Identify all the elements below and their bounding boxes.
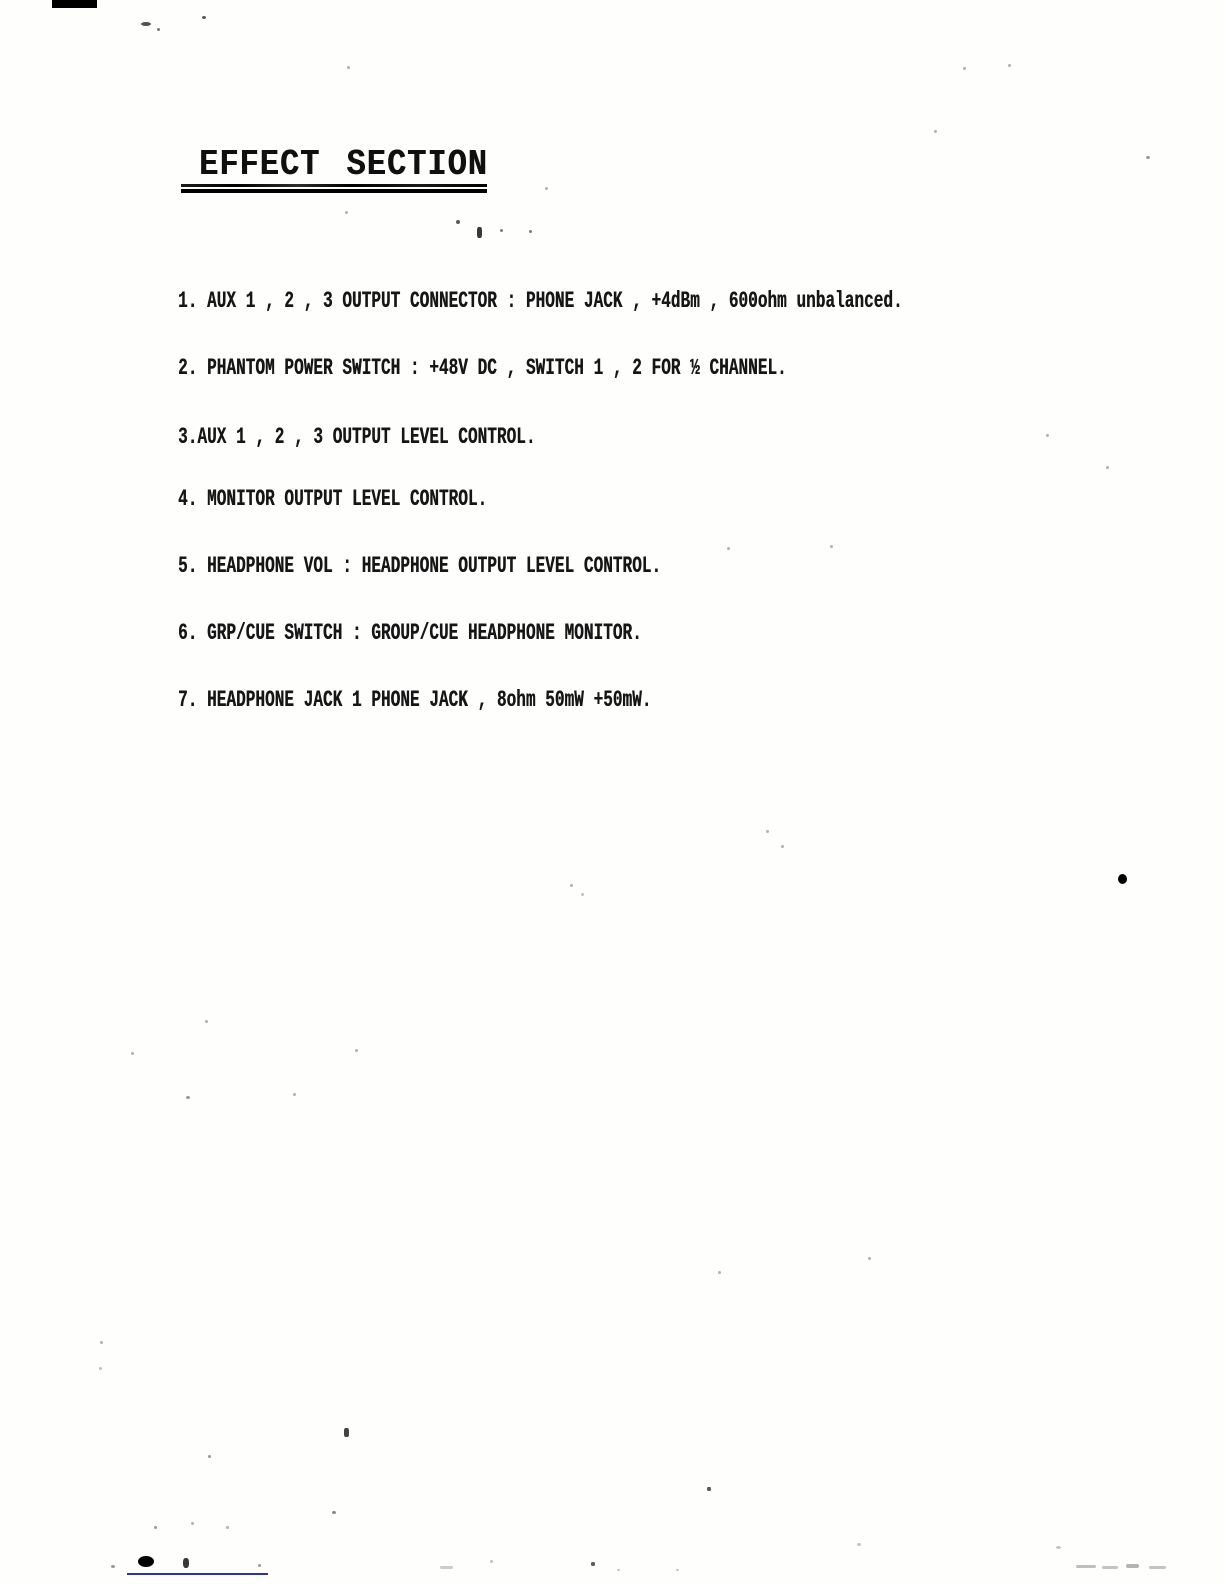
scan-speck — [1008, 64, 1011, 67]
scan-speck — [131, 1052, 134, 1055]
scan-speck — [1118, 874, 1127, 884]
scan-speck — [490, 1560, 493, 1563]
scan-speck — [191, 1522, 194, 1525]
list-item-4: 4. MONITOR OUTPUT LEVEL CONTROL. — [178, 488, 487, 511]
scan-speck — [500, 229, 503, 232]
list-item-6: 6. GRP/CUE SWITCH : GROUP/CUE HEADPHONE … — [178, 622, 642, 645]
scan-speck — [617, 1569, 620, 1571]
scan-speck — [857, 1543, 861, 1546]
scan-speck — [344, 1428, 349, 1437]
scan-speck — [345, 211, 348, 214]
scan-speck — [1146, 156, 1150, 159]
scan-speck — [1056, 1546, 1061, 1549]
scan-speck — [99, 1367, 102, 1370]
scan-speck — [581, 893, 584, 896]
scan-speck — [205, 1020, 208, 1023]
scan-speck — [676, 1569, 679, 1571]
scan-speck — [293, 1093, 296, 1096]
scan-speck — [100, 1341, 103, 1344]
scan-speck — [1102, 1566, 1118, 1569]
scan-speck — [138, 1556, 154, 1567]
scan-speck — [208, 1455, 211, 1458]
scan-speck — [868, 1257, 871, 1260]
scan-speck — [456, 220, 460, 224]
scan-speck — [440, 1566, 453, 1569]
scan-speck — [591, 1562, 595, 1566]
scan-speck — [1149, 1566, 1166, 1569]
scan-speck — [529, 230, 532, 233]
list-item-7: 7. HEADPHONE JACK 1 PHONE JACK , 8ohm 50… — [178, 689, 651, 712]
scan-speck — [226, 1526, 229, 1529]
scan-speck — [183, 1558, 189, 1568]
scan-speck — [718, 1271, 721, 1274]
scan-speck — [477, 227, 482, 238]
scan-speck — [111, 1565, 115, 1568]
scan-speck — [934, 130, 937, 133]
scan-speck — [258, 1564, 261, 1567]
scan-speck — [154, 1526, 157, 1529]
scan-speck — [186, 1096, 190, 1099]
scan-speck — [1046, 434, 1049, 437]
bottom-blue-pen-line — [127, 1573, 268, 1575]
scan-edge-mark — [52, 0, 97, 8]
scan-speck — [781, 845, 784, 848]
scan-speck — [157, 28, 160, 31]
scan-speck — [707, 1487, 711, 1491]
scan-speck — [347, 66, 350, 69]
scan-speck — [766, 830, 769, 833]
list-item-1: 1. AUX 1 , 2 , 3 OUTPUT CONNECTOR : PHON… — [178, 290, 903, 313]
scanned-manual-page: EFFECT SECTION 1. AUX 1 , 2 , 3 OUTPUT C… — [0, 0, 1224, 1584]
scan-speck — [1106, 466, 1109, 469]
list-item-5: 5. HEADPHONE VOL : HEADPHONE OUTPUT LEVE… — [178, 555, 661, 578]
scan-speck — [570, 884, 573, 887]
list-item-3: 3.AUX 1 , 2 , 3 OUTPUT LEVEL CONTROL. — [178, 426, 535, 449]
scan-speck — [963, 67, 966, 70]
scan-speck — [1076, 1565, 1096, 1568]
title-underline-top — [181, 184, 487, 187]
scan-speck — [727, 547, 730, 550]
scan-speck — [141, 22, 151, 26]
scan-speck — [545, 187, 548, 190]
scan-speck — [202, 16, 206, 19]
page-title: EFFECT SECTION — [199, 147, 488, 183]
scan-speck — [830, 545, 833, 548]
scan-speck — [332, 1511, 336, 1514]
scan-speck — [355, 1049, 358, 1052]
scan-speck — [1126, 1564, 1139, 1568]
title-underline-bottom — [181, 189, 487, 193]
list-item-2: 2. PHANTOM POWER SWITCH : +48V DC , SWIT… — [178, 357, 787, 380]
